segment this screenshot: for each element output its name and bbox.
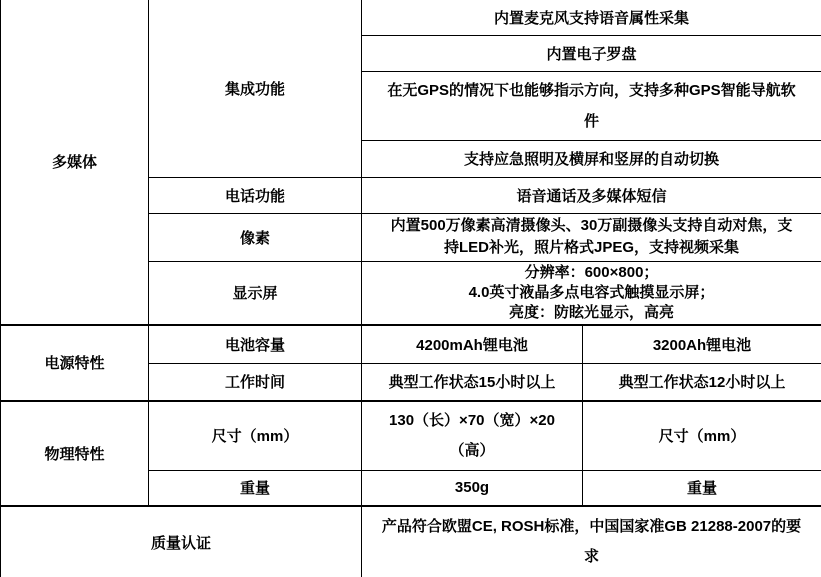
value-line: 件 — [368, 106, 815, 137]
value-line: 亮度：防眩光显示，高亮 — [368, 303, 815, 323]
category-cell-power: 电源特性 — [1, 325, 149, 401]
value-line: 130（长）×70（宽）×20 — [368, 406, 576, 436]
value-line: 求 — [368, 542, 815, 572]
value-cell-size-1: 130（长）×70（宽）×20 （高） — [362, 401, 583, 471]
value-cell-phone-function: 语音通话及多媒体短信 — [362, 177, 821, 213]
value-line: 分辨率：600×800； — [368, 263, 815, 283]
value-line: 4.0英寸液晶多点电容式触摸显示屏； — [368, 283, 815, 303]
label-cell-weight: 重量 — [149, 471, 362, 506]
value-cell-display: 分辨率：600×800； 4.0英寸液晶多点电容式触摸显示屏； 亮度：防眩光显示… — [362, 261, 821, 325]
value-cell-microphone: 内置麦克风支持语音属性采集 — [362, 0, 821, 35]
value-cell-battery-1: 4200mAh锂电池 — [362, 325, 583, 364]
value-cell-work-time-2: 典型工作状态12小时以上 — [583, 364, 821, 401]
value-line: 在无GPS的情况下也能够指示方向，支持多种GPS智能导航软 — [368, 75, 815, 106]
label-cell-phone-function: 电话功能 — [149, 177, 362, 213]
value-cell-compass: 内置电子罗盘 — [362, 35, 821, 71]
label-cell-battery-capacity: 电池容量 — [149, 325, 362, 364]
value-cell-work-time-1: 典型工作状态15小时以上 — [362, 364, 583, 401]
value-cell-gps: 在无GPS的情况下也能够指示方向，支持多种GPS智能导航软 件 — [362, 71, 821, 140]
value-cell-lighting: 支持应急照明及横屏和竖屏的自动切换 — [362, 140, 821, 177]
value-line: 持LED补光，照片格式JPEG，支持视频采集 — [368, 237, 815, 259]
value-cell-pixel: 内置500万像素高清摄像头、30万副摄像头支持自动对焦，支 持LED补光，照片格… — [362, 213, 821, 261]
value-cell-size-2: 尺寸（mm） — [583, 401, 821, 471]
spec-table: 多媒体 集成功能 内置麦克风支持语音属性采集 内置电子罗盘 在无GPS的情况下也… — [0, 0, 821, 577]
value-line: （高） — [368, 436, 576, 466]
value-cell-weight-2: 重量 — [583, 471, 821, 506]
label-cell-work-time: 工作时间 — [149, 364, 362, 401]
value-cell-weight-1: 350g — [362, 471, 583, 506]
value-cell-quality-certification: 产品符合欧盟CE, ROSH标准，中国国家准GB 21288-2007的要 求 — [362, 506, 821, 577]
category-cell-multimedia: 多媒体 — [1, 0, 149, 325]
label-cell-pixel: 像素 — [149, 213, 362, 261]
label-cell-integrated-functions: 集成功能 — [149, 0, 362, 177]
value-line: 内置500万像素高清摄像头、30万副摄像头支持自动对焦，支 — [368, 215, 815, 237]
spec-sheet-page: 多媒体 集成功能 内置麦克风支持语音属性采集 内置电子罗盘 在无GPS的情况下也… — [0, 0, 821, 577]
value-cell-battery-2: 3200Ah锂电池 — [583, 325, 821, 364]
label-cell-display: 显示屏 — [149, 261, 362, 325]
category-cell-physical: 物理特性 — [1, 401, 149, 506]
value-line: 产品符合欧盟CE, ROSH标准，中国国家准GB 21288-2007的要 — [368, 512, 815, 542]
label-cell-size: 尺寸（mm） — [149, 401, 362, 471]
category-cell-quality-certification: 质量认证 — [1, 506, 362, 577]
